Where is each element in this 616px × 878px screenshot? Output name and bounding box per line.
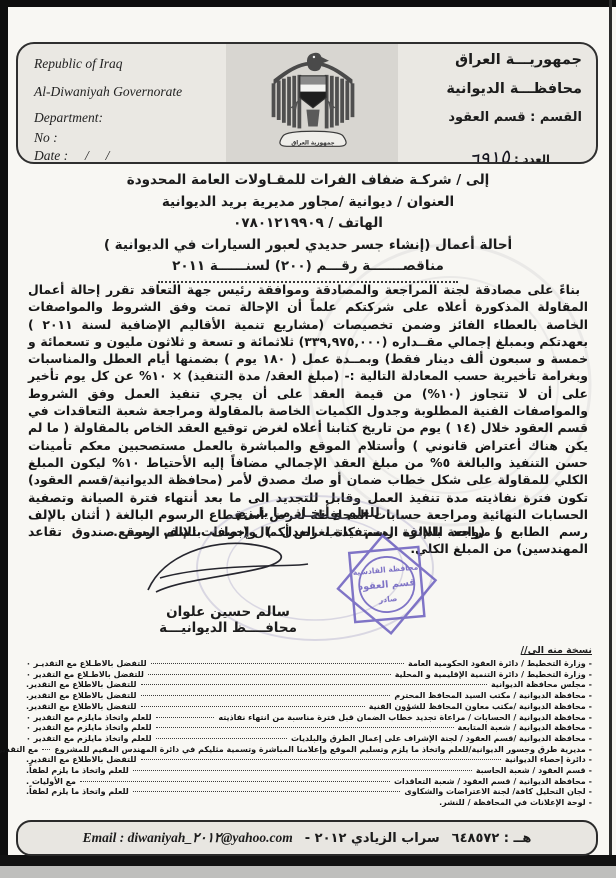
distribution-item: - دائرة إحصاء الديوانية للتفضل بالاطلاع … (26, 755, 592, 766)
distribution-item: - وزارة التخطيط / دائرة التنمية الإقليمي… (26, 670, 592, 681)
dotted-leader (141, 759, 501, 760)
department-line-ar: القسم : قسم العقود (392, 110, 582, 125)
stamp-line-3: صادر (377, 594, 397, 605)
distribution-item: - محافظة الديوانية / الحسابات / مراعاة ت… (26, 713, 592, 724)
distribution-item: - مجلس محافظة الديوانية للتفضل بالاطلاع … (26, 680, 592, 691)
distribution-item: - محافظة الديوانية /مكتب معاون المحافظ ل… (26, 702, 592, 713)
iraq-emblem-icon: جمهورية العراق (266, 48, 360, 164)
distribution-header: نسخة منه الى// (26, 645, 592, 656)
signature-block: سالم حسين علوان محافــــظ الديوانيـــة (128, 536, 328, 636)
country-name-en: Republic of Iraq (34, 56, 254, 72)
distribution-item: - محافظة الديوانية / قسم العقود / شعبة ا… (26, 777, 592, 788)
dotted-leader (141, 684, 487, 685)
distribution-list: نسخة منه الى// - وزارة التخطيط / دائرة ا… (26, 645, 592, 809)
number-label-en: No : (34, 130, 254, 146)
signatory-name: سالم حسين علوان (128, 604, 328, 620)
signature-scribble (138, 536, 318, 602)
distribution-item: - لجان التحليل كافة/ لجنة الاعتراضات وال… (26, 787, 592, 798)
distribution-item: - محافظة الديوانية / مكتب السيد المحافظ … (26, 691, 592, 702)
recipient-to-line: إلى / شركـة ضفاف الفرات للمقـاولات العام… (0, 170, 616, 192)
dotted-leader (156, 738, 287, 739)
dotted-leader (133, 770, 472, 771)
dotted-leader (156, 717, 215, 718)
distribution-item: - محافظة الديوانية /قسم العقود / لجنة ال… (26, 734, 592, 745)
department-label-en: Department: (34, 110, 254, 126)
signatory-title: محافــــظ الديوانيـــة (128, 620, 328, 636)
dotted-leader (148, 674, 391, 675)
dotted-leader (133, 791, 401, 792)
recipient-address-line: العنوان / ديوانية /مجاور مديرية بريد الد… (0, 192, 616, 214)
subject-line: أحالة أعمال (إنشاء جسر حديدي لعبور السيا… (0, 235, 616, 257)
scan-edge-left (0, 0, 8, 866)
document-date-field: التاريخ : ح /١١/ ٢٠١٢ (392, 150, 582, 164)
dotted-leader (141, 706, 365, 707)
governorate-name-en: Al-Diwaniyah Governorate (34, 84, 254, 100)
distribution-item: - وزارة التخطيط / دائرة العقود الحكومية … (26, 659, 592, 670)
recipient-phone-line: الهاتف / ٠٧٨٠١٢١٩٩٠٩ (0, 213, 616, 235)
distribution-item: - لوحة الإعلانات في المحافظة / للنشر. (26, 798, 592, 809)
footer-email: Email : diwaniyah_٢٠١٢@yahoo.com (83, 830, 293, 846)
document-date-value: ح /١١/ ٢٠١٢ (423, 161, 502, 164)
scanned-letter-page: Republic of Iraq Al-Diwaniyah Governorat… (0, 0, 616, 878)
stamp-line-2: قسم العقود (358, 577, 416, 593)
date-label-en: Date : / / (34, 148, 254, 164)
footer-contact-bar: هــ : ٦٤٨٥٧٢ سراب الزيادي ٢٠١٢ - Email :… (16, 820, 598, 856)
letterhead-box: Republic of Iraq Al-Diwaniyah Governorat… (16, 42, 598, 164)
contracts-department-star-stamp: محافظة القادسية قسم العقود صادر (331, 522, 443, 652)
distribution-item: - مديرية طرق وجسور الديوانية/للعلم واتخا… (26, 745, 592, 756)
tender-line: مناقصـــــــة رقـــم (٢٠٠) لسنــــــة ٢٠… (0, 256, 616, 278)
stamp-line-1: محافظة القادسية (352, 562, 419, 577)
scan-edge-right (609, 0, 612, 855)
governorate-name-ar: محافظـــة الديوانية (392, 81, 582, 97)
dotted-leader (141, 695, 391, 696)
scan-edge-bottom (0, 855, 616, 866)
dotted-leader (42, 749, 50, 750)
footer-author: سراب الزيادي ٢٠١٢ - (305, 831, 440, 846)
dotted-leader (151, 663, 404, 664)
scan-bed-strip (0, 866, 616, 878)
dotted-leader (80, 781, 390, 782)
scan-edge-top (0, 0, 616, 7)
footer-phone: هــ : ٦٤٨٥٧٢ (452, 831, 532, 846)
distribution-item: - قسم العقود / شعبة الحاسبة للعلم واتخاذ… (26, 766, 592, 777)
dotted-leader (156, 727, 454, 728)
emblem-scroll-text: جمهورية العراق (291, 140, 334, 146)
recipient-block: إلى / شركـة ضفاف الفرات للمقـاولات العام… (0, 170, 616, 283)
country-name-ar: جمهوريـــة العراق (392, 52, 582, 68)
distribution-item: - محافظة الديوانية / شعبة المتابعة للعلم… (26, 723, 592, 734)
